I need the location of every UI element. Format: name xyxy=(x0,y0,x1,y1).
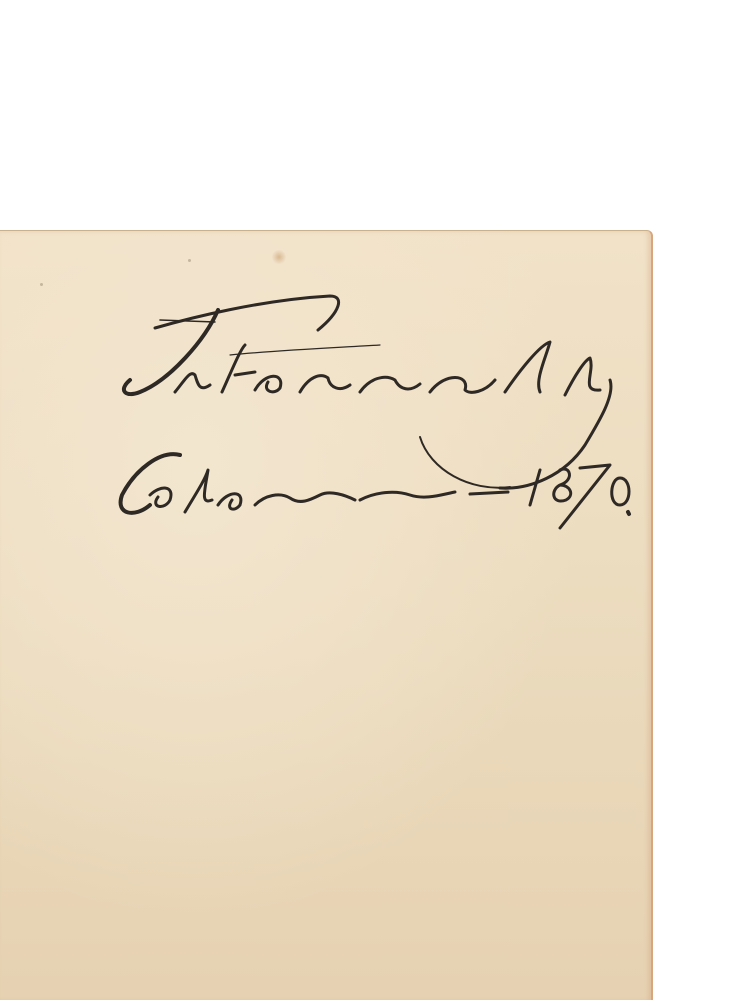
handwritten-signature xyxy=(0,0,750,1000)
